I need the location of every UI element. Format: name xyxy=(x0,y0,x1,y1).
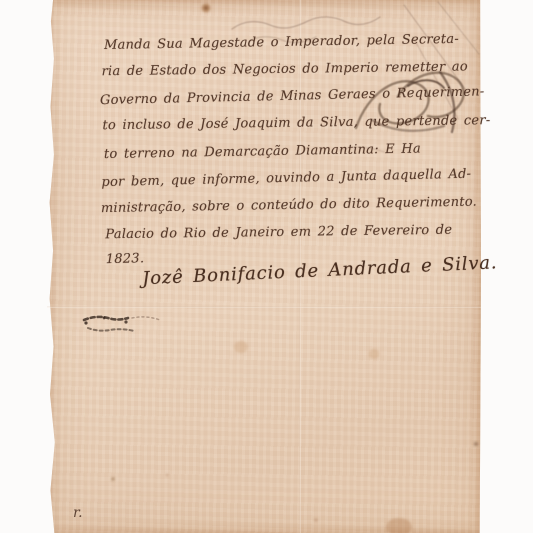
scanned-document: Manda Sua Magestade o Imperador, pela Se… xyxy=(0,0,533,533)
page-corner-mark: r. xyxy=(73,505,83,521)
manuscript-paper xyxy=(47,0,481,533)
